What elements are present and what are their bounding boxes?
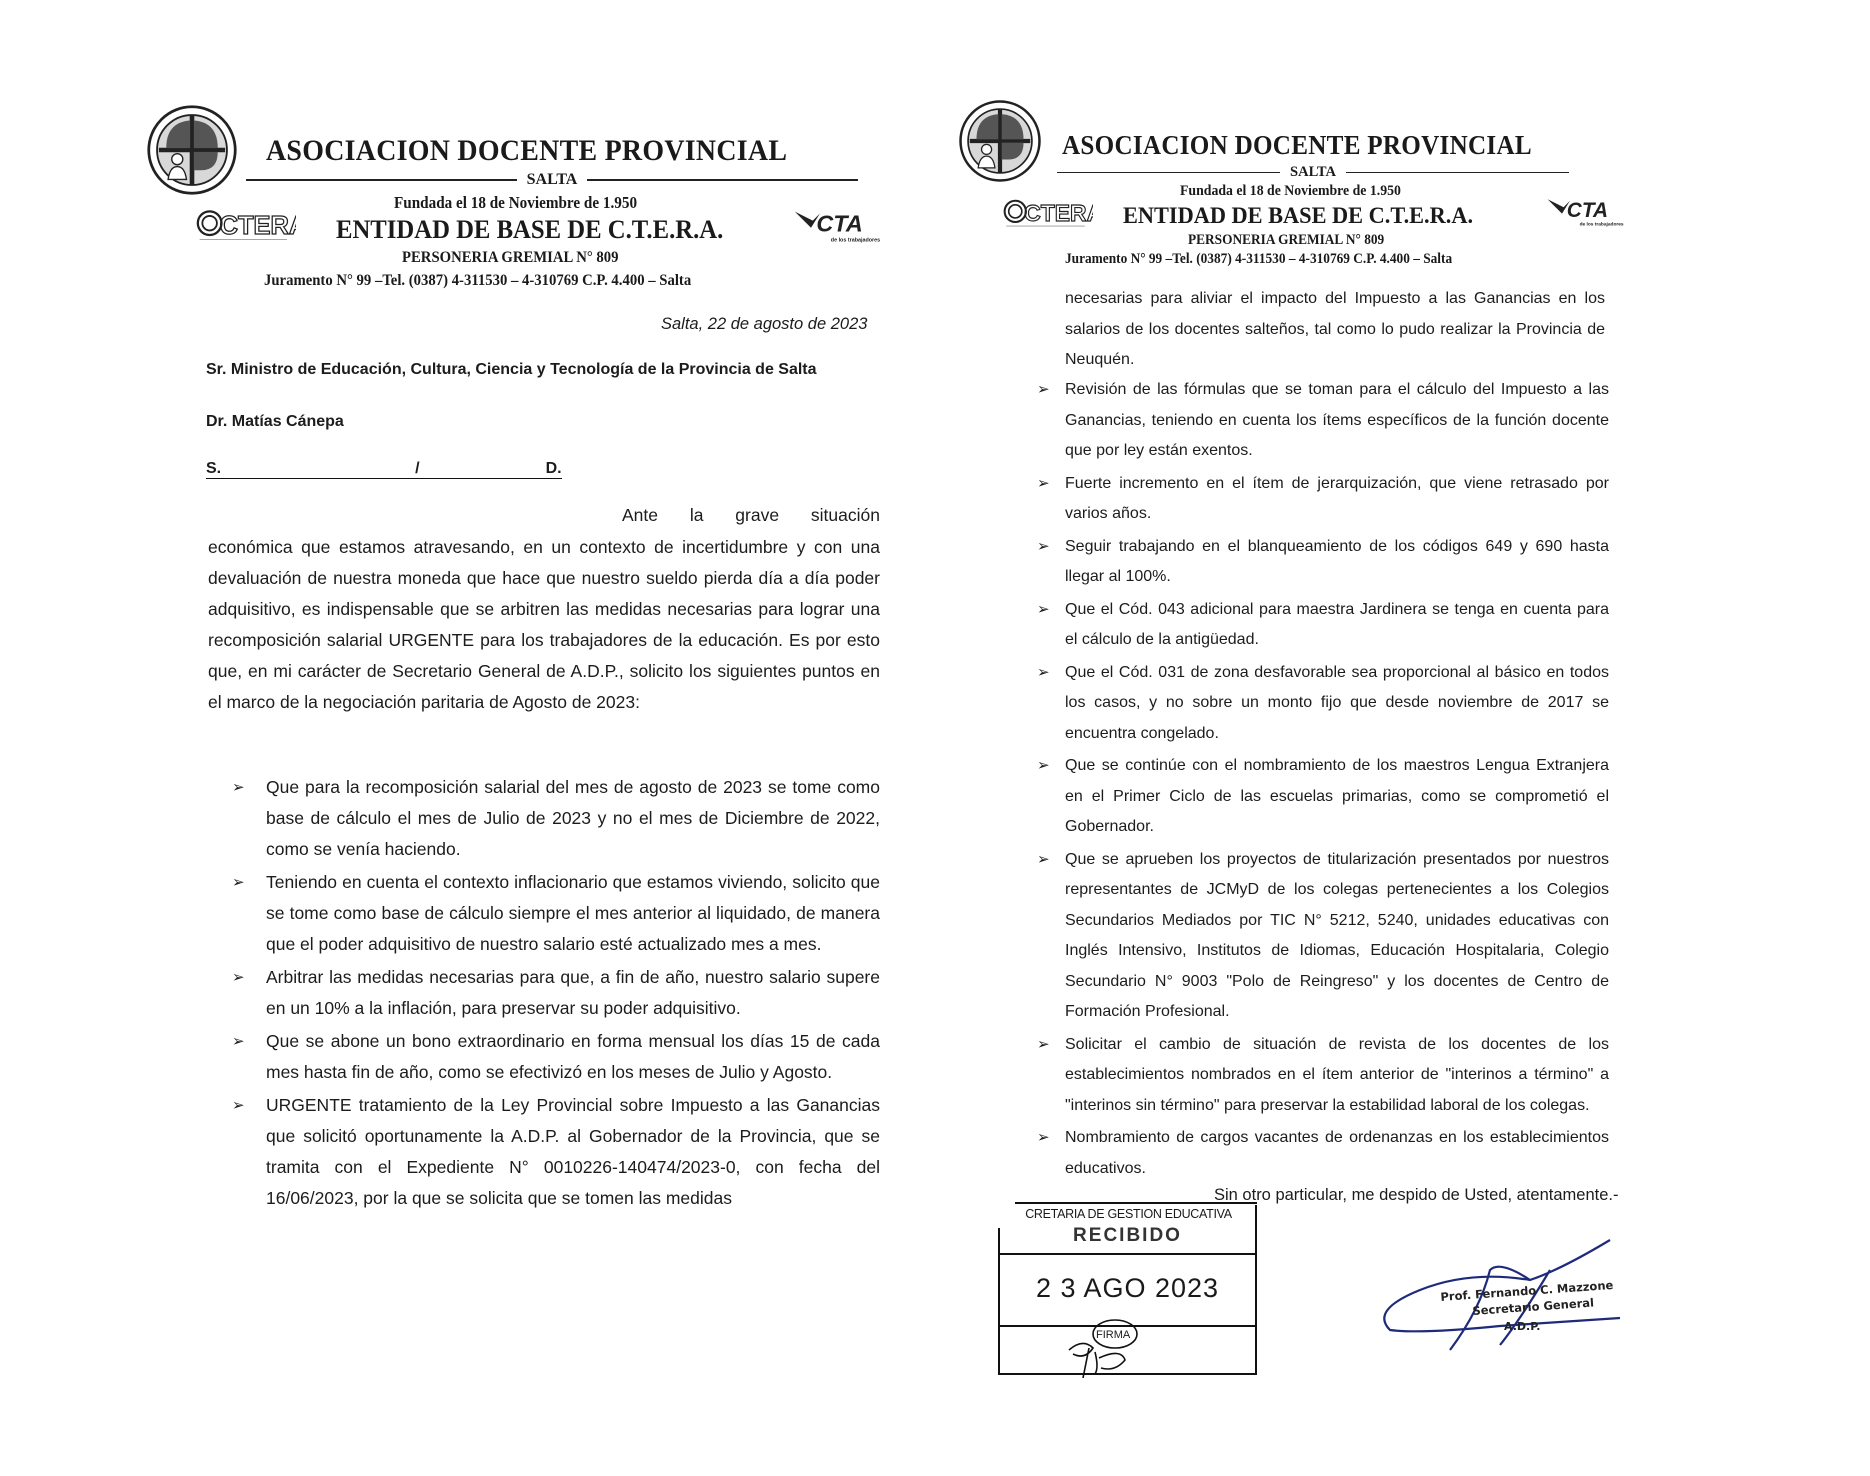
request-item: ➢Nombramiento de cargos vacantes de orde… [1065, 1123, 1609, 1184]
ctera-logo: CTERA [1003, 198, 1093, 228]
request-item: ➢Que se aprueben los proyectos de titula… [1065, 845, 1609, 1028]
request-item: ➢URGENTE tratamiento de la Ley Provincia… [266, 1090, 880, 1214]
letterhead-city-row: SALTA [1057, 164, 1569, 181]
letterhead-rule-right [1346, 172, 1569, 174]
arrow-bullet-icon: ➢ [232, 867, 245, 898]
svg-text:CTERA: CTERA [220, 212, 296, 240]
ctera-logo: CTERA [196, 208, 296, 242]
request-item: ➢Fuerte incremento en el ítem de jerarqu… [1065, 469, 1609, 530]
intro-paragraph: económica que estamos atravesando, en un… [208, 532, 880, 718]
intro-lead: Ante la grave situación [622, 500, 880, 531]
cta-logo: CTA de los trabajadores [1544, 196, 1628, 228]
svg-text:CTA: CTA [1567, 199, 1608, 222]
request-item: ➢Que el Cód. 031 de zona desfavorable se… [1065, 658, 1609, 750]
arrow-bullet-icon: ➢ [1037, 595, 1050, 626]
letterhead-address: Juramento N° 99 –Tel. (0387) 4-311530 – … [1065, 251, 1452, 268]
request-list-page1: ➢Que para la recomposición salarial del … [266, 772, 880, 1216]
arrow-bullet-icon: ➢ [1037, 1123, 1050, 1154]
request-item: ➢Que el Cód. 043 adicional para maestra … [1065, 595, 1609, 656]
svg-text:de los trabajadores: de los trabajadores [831, 237, 880, 243]
continuation-paragraph: necesarias para aliviar el impacto del I… [1065, 284, 1605, 376]
request-item: ➢Que para la recomposición salarial del … [266, 772, 880, 865]
request-item: ➢Solicitar el cambio de situación de rev… [1065, 1030, 1609, 1122]
arrow-bullet-icon: ➢ [1037, 845, 1050, 876]
letterhead-personeria: PERSONERIA GREMIAL N° 809 [402, 249, 619, 267]
svg-text:de los trabajadores: de los trabajadores [1580, 222, 1624, 228]
salutation-underline-right [420, 478, 546, 479]
signatory-block: Prof. Fernando C. Mazzone Secretario Gen… [1440, 1290, 1640, 1333]
letterhead-founded: Fundada el 18 de Noviembre de 1.950 [1180, 183, 1401, 200]
salutation-d: D. [546, 460, 562, 479]
stamp-status: RECIBIDO [1000, 1225, 1255, 1247]
stamp-divider [1000, 1253, 1255, 1255]
stamp-border-top [1015, 1202, 1257, 1204]
request-item: ➢Que se continúe con el nombramiento de … [1065, 751, 1609, 843]
letterhead-org-name: ASOCIACION DOCENTE PROVINCIAL [266, 134, 787, 168]
letterhead-entity: ENTIDAD DE BASE DE C.T.E.R.A. [1123, 203, 1473, 230]
salutation-slash: / [415, 460, 419, 479]
adp-seal-logo [958, 99, 1042, 183]
request-item: ➢Revisión de las fórmulas que se toman p… [1065, 375, 1609, 467]
addressee-title: Sr. Ministro de Educación, Cultura, Cien… [206, 361, 817, 379]
arrow-bullet-icon: ➢ [232, 1090, 245, 1121]
letterhead-entity: ENTIDAD DE BASE DE C.T.E.R.A. [336, 215, 723, 245]
letterhead-city: SALTA [1290, 164, 1336, 181]
arrow-bullet-icon: ➢ [1037, 658, 1050, 689]
letterhead-founded: Fundada el 18 de Noviembre de 1.950 [394, 193, 637, 213]
salutation-underline-left [221, 478, 415, 479]
letter-date: Salta, 22 de agosto de 2023 [661, 315, 867, 334]
letter-page-1: ASOCIACION DOCENTE PROVINCIAL SALTA Fund… [0, 0, 935, 1476]
letterhead-rule-right [587, 179, 858, 181]
salutation-s: S. [206, 460, 221, 479]
arrow-bullet-icon: ➢ [232, 962, 245, 993]
closing-line: Sin otro particular, me despido de Usted… [1214, 1180, 1618, 1211]
letterhead-rule-left [1057, 172, 1280, 174]
addressee-name: Dr. Matías Cánepa [206, 413, 344, 431]
svg-text:CTA: CTA [816, 210, 862, 236]
request-item: ➢Arbitrar las medidas necesarias para qu… [266, 962, 880, 1024]
letterhead-rule-left [246, 179, 517, 181]
stamp-date: 2 3 AGO 2023 [1000, 1273, 1255, 1304]
adp-seal-logo [146, 104, 238, 196]
arrow-bullet-icon: ➢ [232, 1026, 245, 1057]
svg-text:CTERA: CTERA [1024, 200, 1093, 226]
letterhead-personeria: PERSONERIA GREMIAL N° 809 [1188, 232, 1384, 249]
signatory-org: A.D.P. [1504, 1320, 1640, 1333]
arrow-bullet-icon: ➢ [1037, 375, 1050, 406]
letterhead-org-name: ASOCIACION DOCENTE PROVINCIAL [1062, 130, 1532, 161]
letterhead-city-row: SALTA [246, 171, 858, 189]
stamp-signature-scrawl [1065, 1318, 1155, 1378]
stamp-office: CRETARIA DE GESTION EDUCATIVA [1002, 1207, 1255, 1221]
salutation-line: S. / D. [206, 460, 562, 479]
request-list-page2: ➢Revisión de las fórmulas que se toman p… [1065, 375, 1609, 1186]
arrow-bullet-icon: ➢ [1037, 1030, 1050, 1061]
letterhead-city: SALTA [527, 171, 578, 189]
arrow-bullet-icon: ➢ [1037, 532, 1050, 563]
request-item: ➢Que se abone un bono extraordinario en … [266, 1026, 880, 1088]
letterhead-address: Juramento N° 99 –Tel. (0387) 4-311530 – … [264, 272, 691, 290]
arrow-bullet-icon: ➢ [1037, 469, 1050, 500]
cta-logo: CTA de los trabajadores [792, 208, 884, 244]
arrow-bullet-icon: ➢ [232, 772, 245, 803]
arrow-bullet-icon: ➢ [1037, 751, 1050, 782]
request-item: ➢Seguir trabajando en el blanqueamiento … [1065, 532, 1609, 593]
request-item: ➢Teniendo en cuenta el contexto inflacio… [266, 867, 880, 960]
